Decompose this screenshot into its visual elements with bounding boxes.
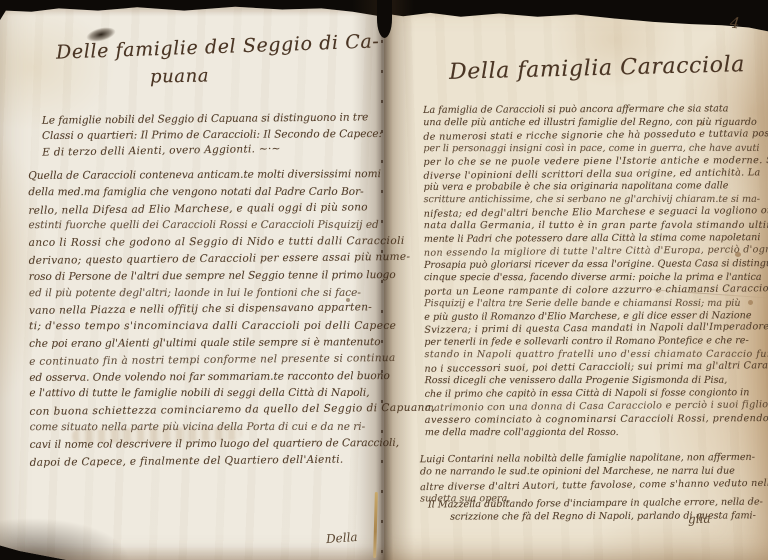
manuscript-text-line: della med.ma famiglia che vengono notati… bbox=[28, 184, 376, 201]
manuscript-text-line: me della madre coll'aggionta del Rosso. bbox=[425, 427, 765, 440]
manuscript-text-line: come situato nella parte più vicina dell… bbox=[30, 419, 378, 436]
right-page-paragraph-3: Il Mazzella dubitando forse d'inciampare… bbox=[428, 496, 762, 526]
manuscript-text-line: Quella de Caraccioli conteneva anticam.t… bbox=[28, 166, 376, 185]
manuscript-text-line: per li personaggi insigni così in pace, … bbox=[423, 143, 763, 156]
right-page-paragraph-1: La famiglia de Caraccioli si può ancora … bbox=[423, 103, 765, 440]
manuscript-text-line: scrizzione che fà del Regno di Napoli, p… bbox=[428, 510, 762, 525]
manuscript-photo: Delle famiglie del Seggio di Ca- puana L… bbox=[0, 0, 768, 560]
folio-number: 4 bbox=[729, 14, 740, 33]
left-page-paragraph-1: Le famiglie nobili del Seggio di Capuana… bbox=[42, 110, 376, 160]
manuscript-text-line: nata dalla Germania, il tutto è in gran … bbox=[424, 220, 764, 233]
manuscript-text-line: Rossi dicegli che venissero dalla Progen… bbox=[425, 375, 765, 388]
manuscript-text-line: Pisquizij e l'altra tre Serie delle band… bbox=[424, 297, 764, 310]
manuscript-text-line: ti; d'esso tempo s'incominciava dalli Ca… bbox=[29, 318, 377, 335]
manuscript-text-line: La famiglia de Caraccioli si può ancora … bbox=[423, 103, 763, 118]
manuscript-text-line: per tenerli in fede e sollevarli contro … bbox=[424, 335, 764, 350]
left-page-title-line2: puana bbox=[150, 65, 210, 87]
left-page-paragraph-2: Quella de Caraccioli conteneva anticam.t… bbox=[28, 166, 378, 470]
manuscript-text-line: e continuato fin à nostri tempi conforme… bbox=[29, 350, 377, 370]
manuscript-text-line: ed osserva. Onde volendo noi far sommari… bbox=[29, 368, 377, 387]
manuscript-text-line: dapoi de Capece, e finalmente del Quarti… bbox=[30, 451, 378, 471]
manuscript-text-line: roso di Persone de l'altri due sempre ne… bbox=[29, 267, 377, 286]
right-page-catchword: glia bbox=[688, 512, 711, 527]
left-page-catchword: Della bbox=[326, 530, 358, 546]
manuscript-text-line: estinti fuorche quelli dei Caraccioli Ro… bbox=[29, 217, 377, 234]
manuscript-text-line: con buona schiettezza cominciaremo da qu… bbox=[29, 400, 377, 420]
manuscript-text-line: porta un Leone rampante di colore azzurr… bbox=[424, 283, 764, 299]
manuscript-text-line: cavi il nome col descrivere il primo luo… bbox=[30, 435, 378, 454]
manuscript-text-line: Prosapia può gloriarsi ricever da essa l… bbox=[424, 258, 764, 273]
